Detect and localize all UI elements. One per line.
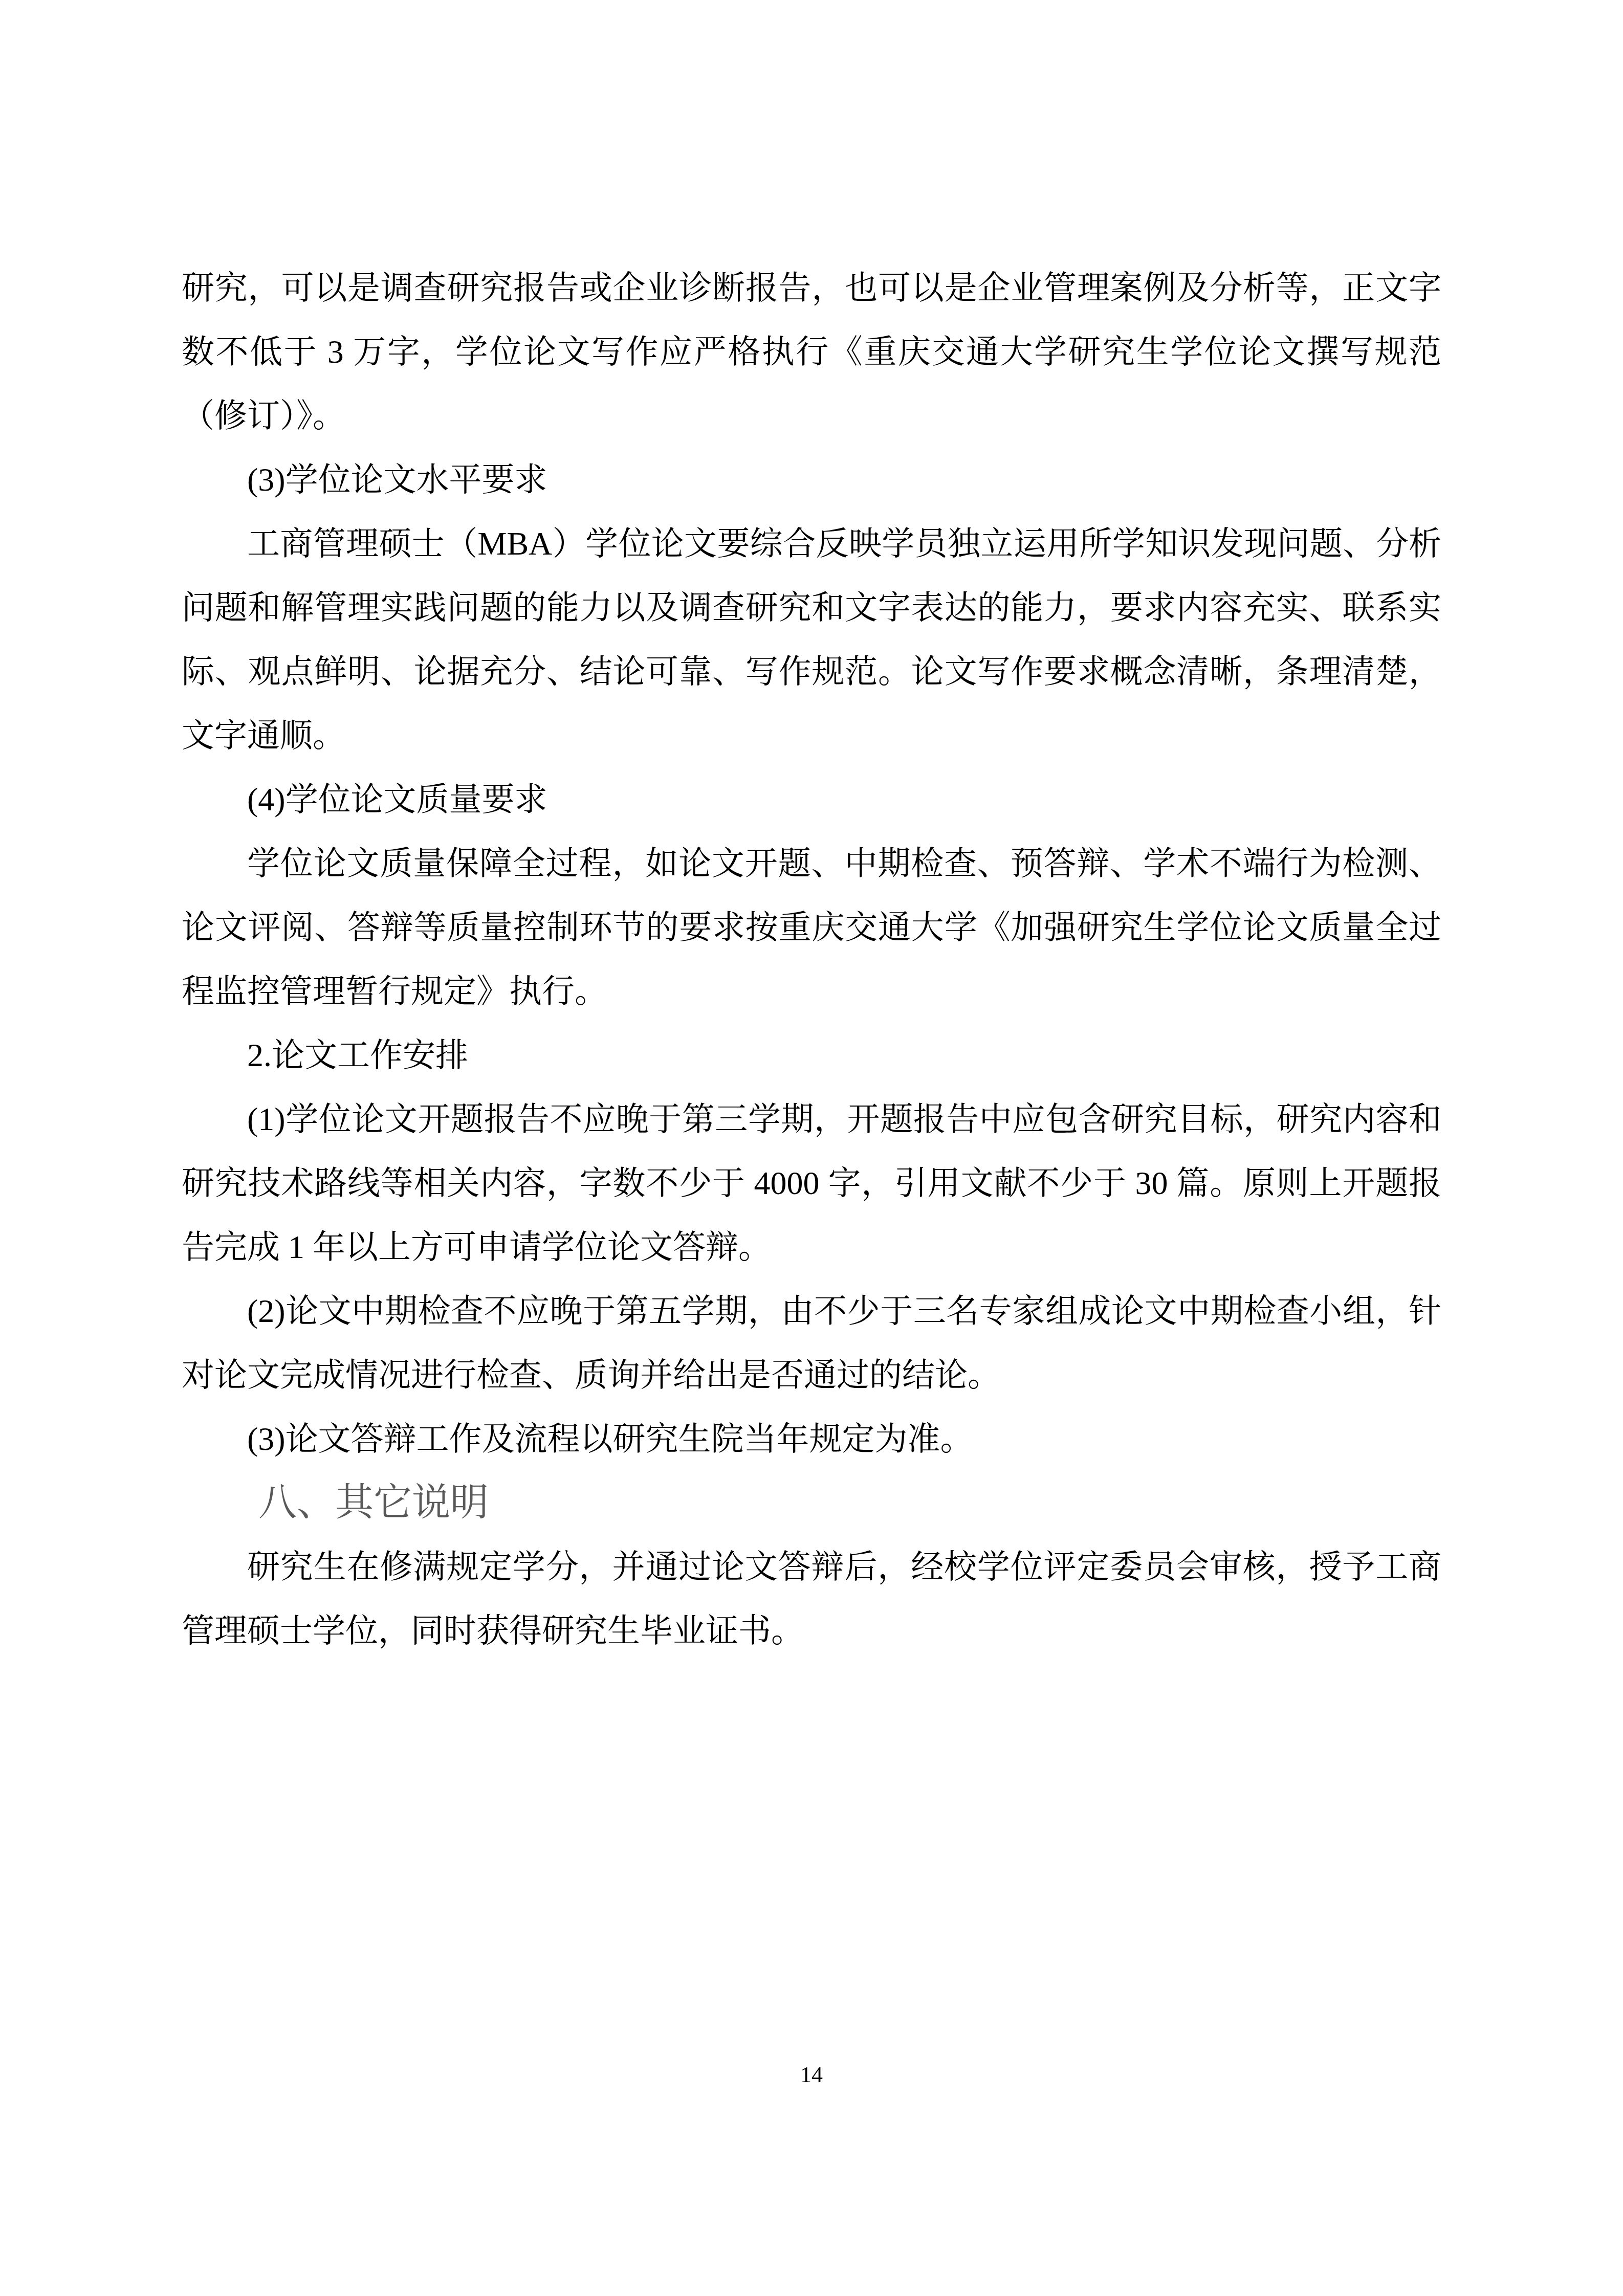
paragraph-thesis-format-continuation: 研究，可以是调查研究报告或企业诊断报告，也可以是企业管理案例及分析等，正文字数不… [182,256,1441,448]
paragraph-proposal-requirement: (1)学位论文开题报告不应晚于第三学期，开题报告中应包含研究目标，研究内容和研究… [182,1087,1441,1279]
paragraph-midterm-check: (2)论文中期检查不应晚于第五学期，由不少于三名专家组成论文中期检查小组，针对论… [182,1279,1441,1407]
item-2-thesis-work-arrangement: 2.论文工作安排 [182,1023,1441,1087]
document-page: 研究，可以是调查研究报告或企业诊断报告，也可以是企业管理案例及分析等，正文字数不… [0,0,1623,2296]
paragraph-degree-conferral: 研究生在修满规定学分，并通过论文答辩后，经校学位评定委员会审核，授予工商管理硕士… [182,1535,1441,1663]
page-footer: 14 [0,2062,1623,2088]
paragraph-thesis-level-detail: 工商管理硕士（MBA）学位论文要综合反映学员独立运用所学知识发现问题、分析问题和… [182,512,1441,767]
subsection-3-thesis-level-requirement: (3)学位论文水平要求 [182,448,1441,512]
section-heading-other-notes: 八、其它说明 [182,1471,1441,1535]
page-number: 14 [800,2062,823,2087]
paragraph-thesis-quality-detail: 学位论文质量保障全过程，如论文开题、中期检查、预答辩、学术不端行为检测、论文评阅… [182,831,1441,1023]
paragraph-defense-procedure: (3)论文答辩工作及流程以研究生院当年规定为准。 [182,1407,1441,1471]
subsection-4-thesis-quality-requirement: (4)学位论文质量要求 [182,767,1441,831]
document-body: 研究，可以是调查研究报告或企业诊断报告，也可以是企业管理案例及分析等，正文字数不… [182,256,1441,1663]
